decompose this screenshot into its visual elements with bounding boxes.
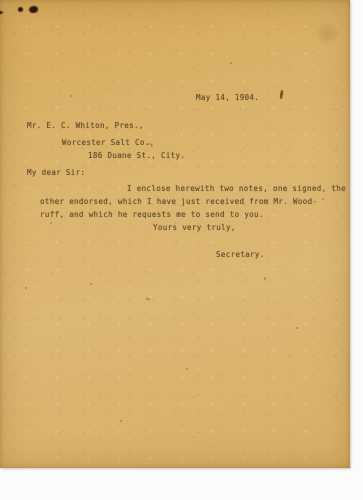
- body-line-1: I enclose herewith two notes, one signed…: [127, 184, 346, 193]
- paper-speck: [25, 287, 27, 289]
- paper-speck: [146, 297, 150, 300]
- body-line-2: other endorsed, which I have just receiv…: [40, 197, 317, 206]
- letter-date: May 14, 1904.: [196, 93, 259, 102]
- recipient-company: Worcester Salt Co.,: [62, 138, 154, 147]
- paper-speck: [90, 283, 92, 285]
- body-line-3: ruff, and which he requests me to send t…: [40, 210, 264, 219]
- paper-speck: [230, 62, 232, 64]
- paper-speck: [322, 198, 324, 200]
- rust-mark: [279, 90, 283, 99]
- salutation: My dear Sir:: [27, 168, 85, 177]
- paper-speck: [70, 95, 72, 97]
- paper-smudge: [309, 15, 346, 52]
- letter-page: May 14, 1904. Mr. E. C. Whiton, Pres., W…: [0, 0, 350, 468]
- paper-speck: [296, 327, 298, 329]
- ink-blot: [0, 11, 3, 14]
- scanned-letter: May 14, 1904. Mr. E. C. Whiton, Pres., W…: [0, 0, 363, 500]
- paper-speck: [50, 222, 52, 224]
- ink-blot: [29, 6, 38, 13]
- paper-speck: [120, 420, 122, 422]
- recipient-address: 186 Duane St., City.: [88, 151, 185, 160]
- ink-blot: [18, 7, 23, 12]
- signature: Secretary.: [216, 250, 265, 259]
- closing: Yours very truly,: [153, 223, 236, 232]
- recipient-name: Mr. E. C. Whiton, Pres.,: [27, 121, 144, 130]
- paper-speck: [186, 368, 188, 370]
- paper-speck: [264, 277, 266, 280]
